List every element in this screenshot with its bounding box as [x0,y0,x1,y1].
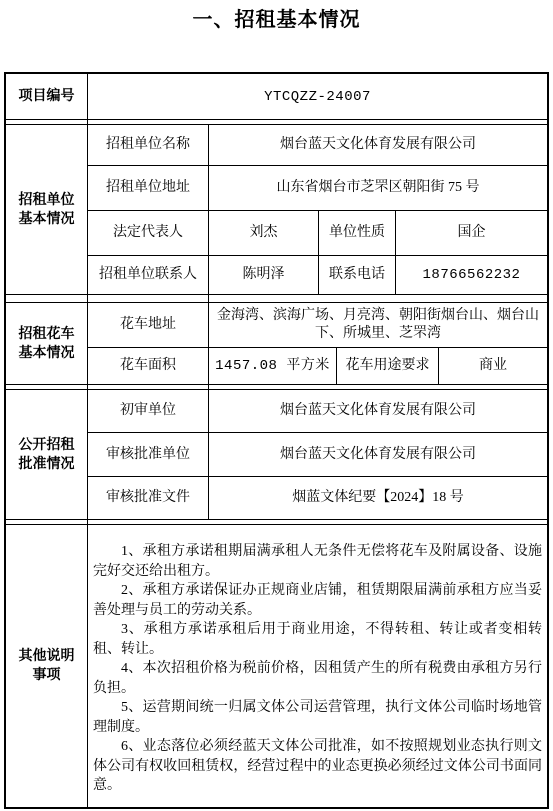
project-number-value: YTCQZZ-24007 [88,74,547,119]
notes-section-header: 其他说明事项 [6,525,88,807]
note-item-4: 4、本次招租价格为税前价格，因租赁产生的所有税费由承租方另行负担。 [93,659,542,698]
section-approval-info: 公开招租批准情况 初审单位 烟台蓝天文化体育发展有限公司 审核批准单位 烟台蓝天… [6,390,547,519]
initial-review-row: 初审单位 烟台蓝天文化体育发展有限公司 [88,390,547,432]
section-divider [6,294,547,303]
page-title: 一、招租基本情况 [0,8,553,32]
review-unit-value: 烟台蓝天文化体育发展有限公司 [209,433,547,476]
review-unit-label: 审核批准单位 [88,433,209,476]
notes-content: 1、承租方承诺租期届满承租人无条件无偿将花车及附属设备、设施完好交还给出租方。 … [88,525,547,807]
cart-usage-value: 商业 [439,348,547,384]
approval-doc-label: 审核批准文件 [88,477,209,519]
note-item-6: 6、业态落位必须经蓝天文体公司批准，如不按照规划业态执行则文体公司有权收回租赁权… [93,737,542,796]
approval-section-header: 公开招租批准情况 [6,390,88,519]
initial-review-value: 烟台蓝天文化体育发展有限公司 [209,390,547,432]
cart-area-label: 花车面积 [88,348,209,384]
unit-nature-value: 国企 [396,211,547,255]
approval-doc-value: 烟蓝文体纪要【2024】18 号 [209,477,547,519]
org-address-row: 招租单位地址 山东省烟台市芝罘区朝阳街 75 号 [88,165,547,210]
review-unit-row: 审核批准单位 烟台蓝天文化体育发展有限公司 [88,432,547,476]
legal-rep-value: 刘杰 [209,211,319,255]
phone-value: 18766562232 [396,256,547,294]
legal-rep-row: 法定代表人 刘杰 单位性质 国企 [88,210,547,255]
cart-address-row: 花车地址 金海湾、滨海广场、月亮湾、朝阳街烟台山、烟台山下、所城里、芝罘湾 [88,303,547,347]
cart-area-value: 1457.08 平方米 [209,348,337,384]
contact-row: 招租单位联系人 陈明泽 联系电话 18766562232 [88,255,547,294]
cart-address-value: 金海湾、滨海广场、月亮湾、朝阳街烟台山、烟台山下、所城里、芝罘湾 [209,303,547,347]
note-item-5: 5、运营期间统一归属文体公司运营管理，执行文体公司临时场地管理制度。 [93,698,542,737]
note-item-3: 3、承租方承诺承租后用于商业用途，不得转租、转让或者变相转租、转让。 [93,620,542,659]
legal-rep-label: 法定代表人 [88,211,209,255]
phone-label: 联系电话 [319,256,396,294]
section-other-notes: 其他说明事项 1、承租方承诺租期届满承租人无条件无偿将花车及附属设备、设施完好交… [6,525,547,807]
org-address-label: 招租单位地址 [88,166,209,210]
announcement-page: { "title": "一、招租基本情况", "table": { "proje… [0,0,553,811]
rental-info-table: 项目编号 YTCQZZ-24007 招租单位基本情况 招租单位名称 烟台蓝天文化… [4,72,549,809]
unit-nature-label: 单位性质 [319,211,396,255]
org-name-value: 烟台蓝天文化体育发展有限公司 [209,125,547,165]
contact-label: 招租单位联系人 [88,256,209,294]
project-number-label: 项目编号 [6,74,88,119]
initial-review-label: 初审单位 [88,390,209,432]
section-cart-info: 招租花车基本情况 花车地址 金海湾、滨海广场、月亮湾、朝阳街烟台山、烟台山下、所… [6,303,547,384]
section-project-number: 项目编号 YTCQZZ-24007 [6,74,547,119]
cart-address-label: 花车地址 [88,303,209,347]
cart-usage-label: 花车用途要求 [337,348,439,384]
section-org-info: 招租单位基本情况 招租单位名称 烟台蓝天文化体育发展有限公司 招租单位地址 山东… [6,125,547,294]
note-item-2: 2、承租方承诺保证办正规商业店铺，租赁期限届满前承租方应当妥善处理与员工的劳动关… [93,581,542,620]
contact-value: 陈明泽 [209,256,319,294]
cart-section-header: 招租花车基本情况 [6,303,88,384]
approval-doc-row: 审核批准文件 烟蓝文体纪要【2024】18 号 [88,476,547,519]
org-name-label: 招租单位名称 [88,125,209,165]
cart-area-row: 花车面积 1457.08 平方米 花车用途要求 商业 [88,347,547,384]
org-name-row: 招租单位名称 烟台蓝天文化体育发展有限公司 [88,125,547,165]
org-section-header: 招租单位基本情况 [6,125,88,294]
note-item-1: 1、承租方承诺租期届满承租人无条件无偿将花车及附属设备、设施完好交还给出租方。 [93,542,542,581]
org-address-value: 山东省烟台市芝罘区朝阳街 75 号 [209,166,547,210]
